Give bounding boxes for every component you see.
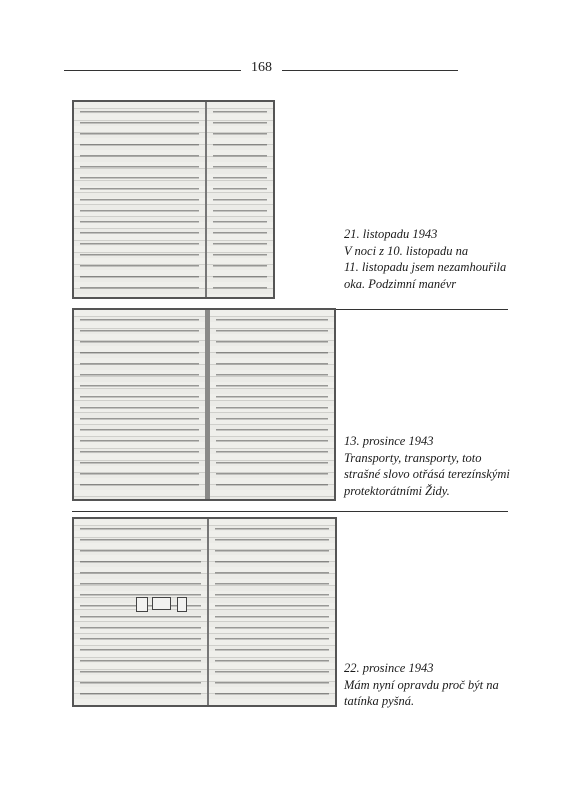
caption-line: 11. listopadu jsem nezamhouřila [344,259,544,276]
sketch-icon [136,597,148,612]
diary-photo-3 [72,517,337,707]
sketch-icon [177,597,187,612]
diary-right-page [209,519,335,705]
caption-line: Mám nyní opravdu proč být na [344,677,544,694]
caption-line: protektorátními Židy. [344,483,544,500]
caption-line: strašné slovo otřásá terezínskými [344,466,544,483]
diary-right-page [210,310,334,499]
caption-2: 13. prosince 1943 Transporty, transporty… [344,433,544,499]
page-header [0,58,579,78]
caption-line: V noci z 10. listopadu na [344,243,544,260]
page-number: 168 [241,60,282,76]
caption-1: 21. listopadu 1943 V noci z 10. listopad… [344,226,544,292]
sketch-icon [152,597,171,610]
caption-date: 21. listopadu 1943 [344,226,544,243]
caption-date: 22. prosince 1943 [344,660,544,677]
caption-line: oka. Podzimní manévr [344,276,544,293]
diary-right-page [207,102,273,297]
diary-photo-1 [72,100,275,299]
caption-3: 22. prosince 1943 Mám nyní opravdu proč … [344,660,544,710]
diary-left-page [74,102,205,297]
section-divider [72,511,508,512]
caption-line: tatínka pyšná. [344,693,544,710]
diary-left-page [74,310,205,499]
diary-photo-2 [72,308,336,501]
header-rule-left [64,70,241,71]
header-rule-right [282,70,458,71]
caption-date: 13. prosince 1943 [344,433,544,450]
diary-left-page [74,519,207,705]
caption-line: Transporty, transporty, toto [344,450,544,467]
